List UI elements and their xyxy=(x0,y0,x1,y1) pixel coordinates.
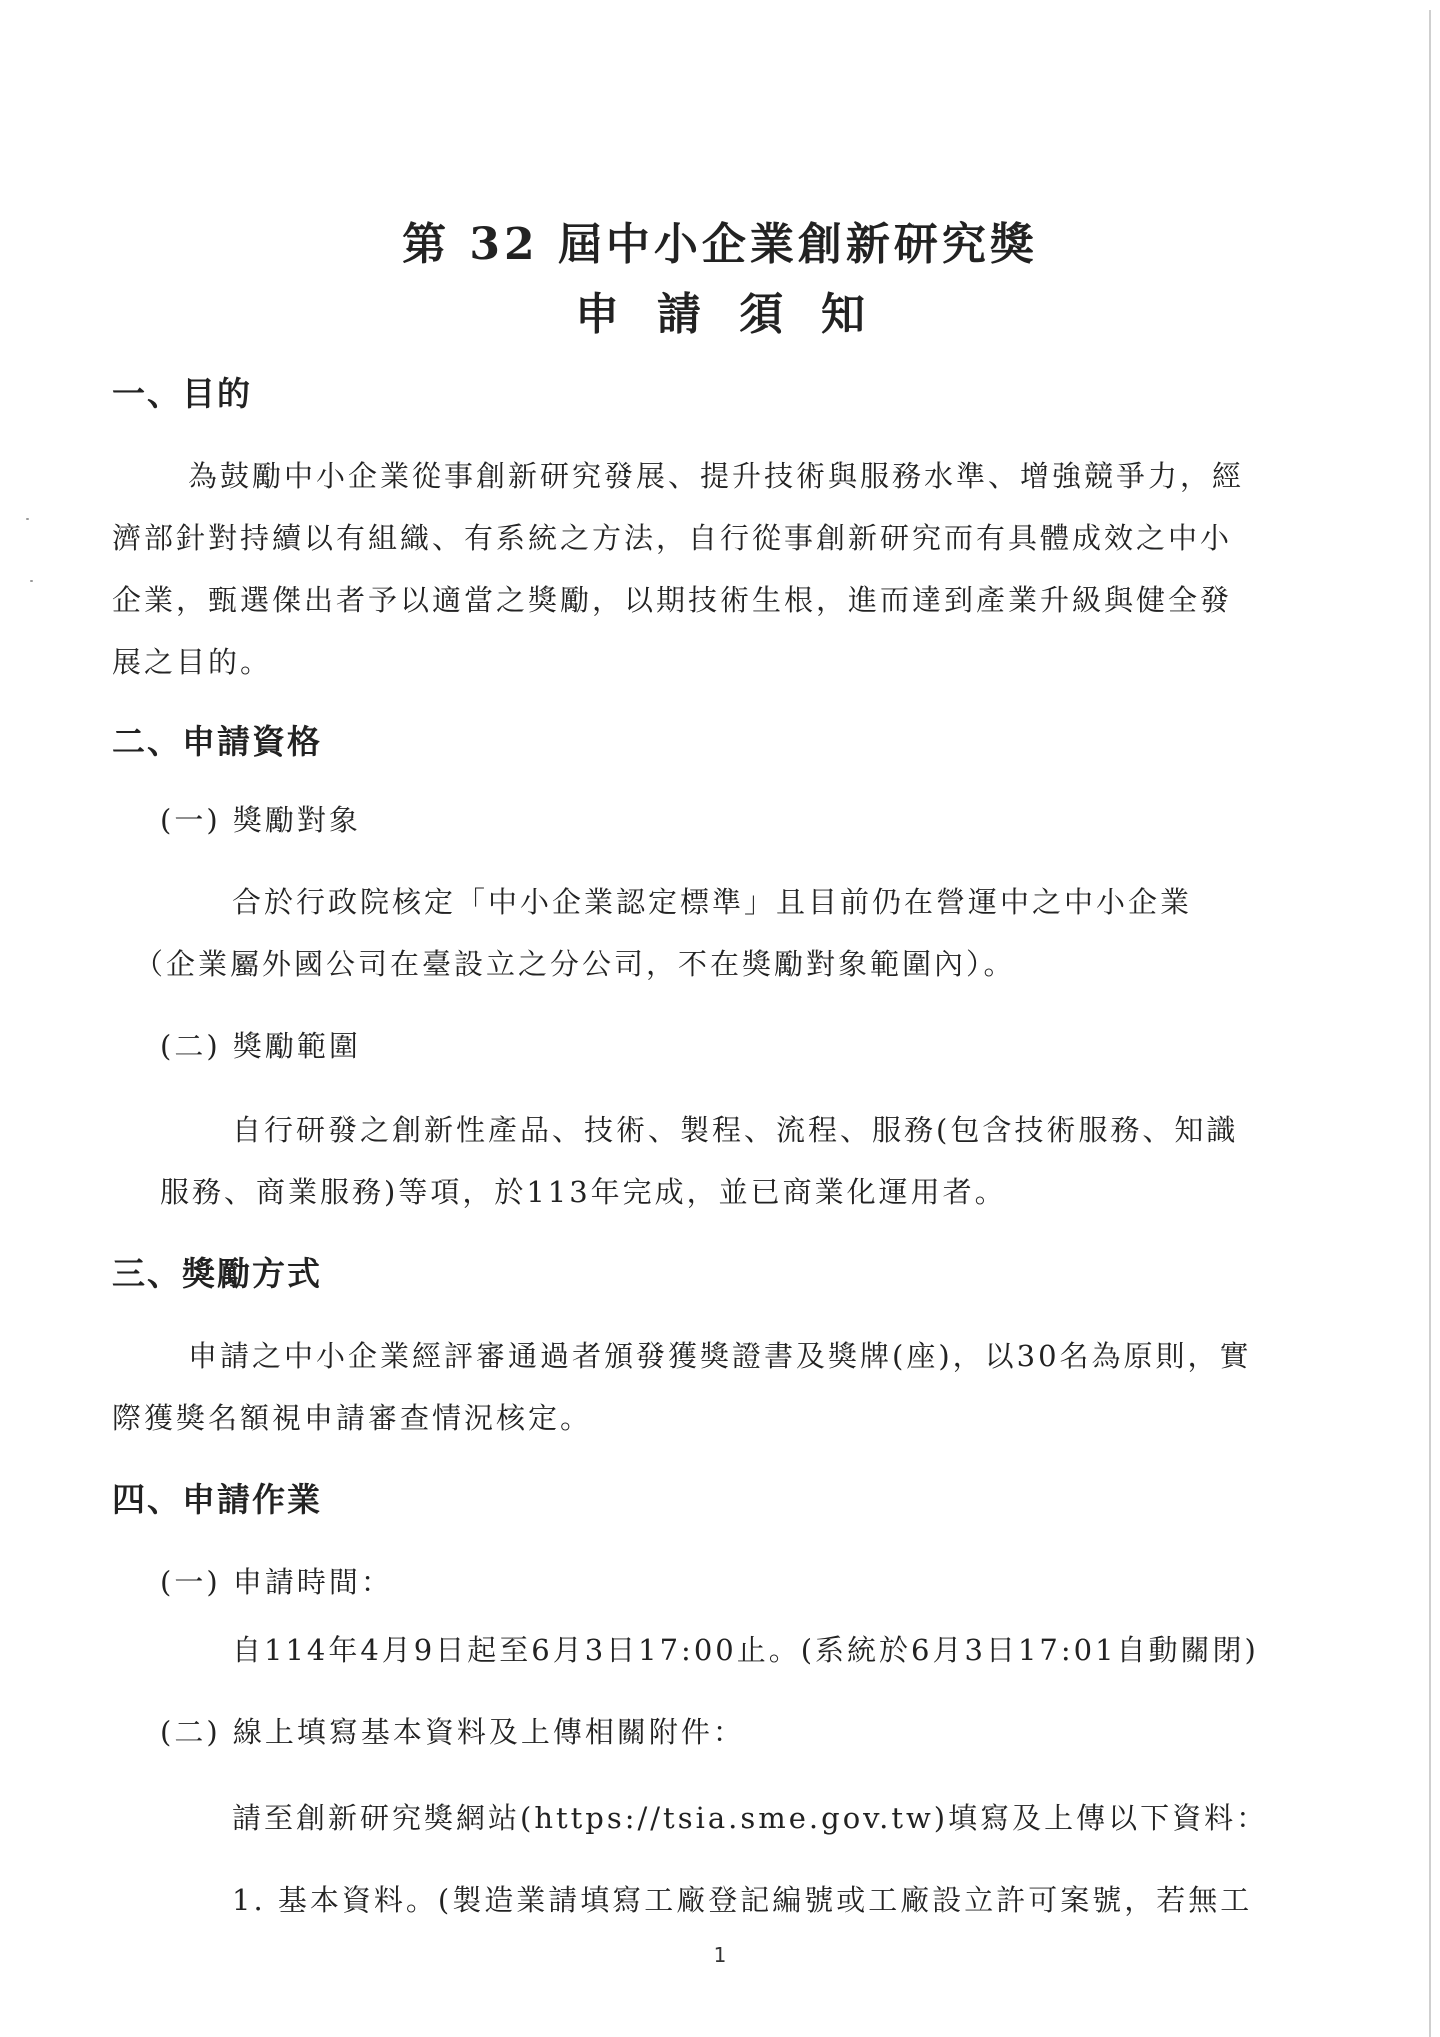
paragraph-line: （企業屬外國公司在臺設立之分公司，不在獎勵對象範圍內）。 xyxy=(134,942,1016,983)
paragraph-line: 自114年4月9日起至6月3日17:00止。(系統於6月3日17:01自動關閉) xyxy=(232,1628,1259,1669)
paragraph-line: 申請之中小企業經評審通過者頒發獲獎證書及獎牌(座)，以30名為原則，實 xyxy=(188,1334,1252,1375)
paragraph-line: 自行研發之創新性產品、技術、製程、流程、服務(包含技術服務、知識 xyxy=(232,1108,1238,1149)
paragraph-line: 際獲獎名額視申請審查情況核定。 xyxy=(112,1396,592,1437)
paragraph-line: 為鼓勵中小企業從事創新研究發展、提升技術與服務水準、增強競爭力，經 xyxy=(188,454,1244,495)
section-heading-application: 四、申請作業 xyxy=(112,1474,322,1521)
section-heading-award-method: 三、獎勵方式 xyxy=(112,1248,322,1295)
paragraph-line: 合於行政院核定「中小企業認定標準」且目前仍在營運中之中小企業 xyxy=(232,880,1192,921)
paragraph-line: 請至創新研究獎網站(https://tsia.sme.gov.tw)填寫及上傳以… xyxy=(232,1796,1268,1837)
subsection-label: (一) 申請時間： xyxy=(160,1560,393,1601)
paragraph-line: 濟部針對持續以有組織、有系統之方法，自行從事創新研究而有具體成效之中小 xyxy=(112,516,1232,557)
paragraph-line: 1. 基本資料。(製造業請填寫工廠登記編號或工廠設立許可案號，若無工 xyxy=(232,1878,1252,1919)
paragraph-line: 展之目的。 xyxy=(112,640,272,681)
subsection-label: (二) 線上填寫基本資料及上傳相關附件： xyxy=(160,1710,745,1751)
subsection-label: (二) 獎勵範圍 xyxy=(160,1024,361,1065)
document-title: 第 32 屆中小企業創新研究獎 xyxy=(0,208,1440,272)
section-heading-eligibility: 二、申請資格 xyxy=(112,716,322,763)
document-subtitle: 申請須知 xyxy=(0,278,1440,342)
subsection-label: (一) 獎勵對象 xyxy=(160,798,361,839)
page-number: 1 xyxy=(0,1943,1440,1967)
section-heading-purpose: 一、目的 xyxy=(112,368,252,415)
paragraph-line: 企業，甄選傑出者予以適當之獎勵，以期技術生根，進而達到產業升級與健全發 xyxy=(112,578,1232,619)
scan-speck xyxy=(26,518,29,520)
scan-speck xyxy=(30,580,33,582)
paragraph-line: 服務、商業服務)等項，於113年完成，並已商業化運用者。 xyxy=(160,1170,1007,1211)
